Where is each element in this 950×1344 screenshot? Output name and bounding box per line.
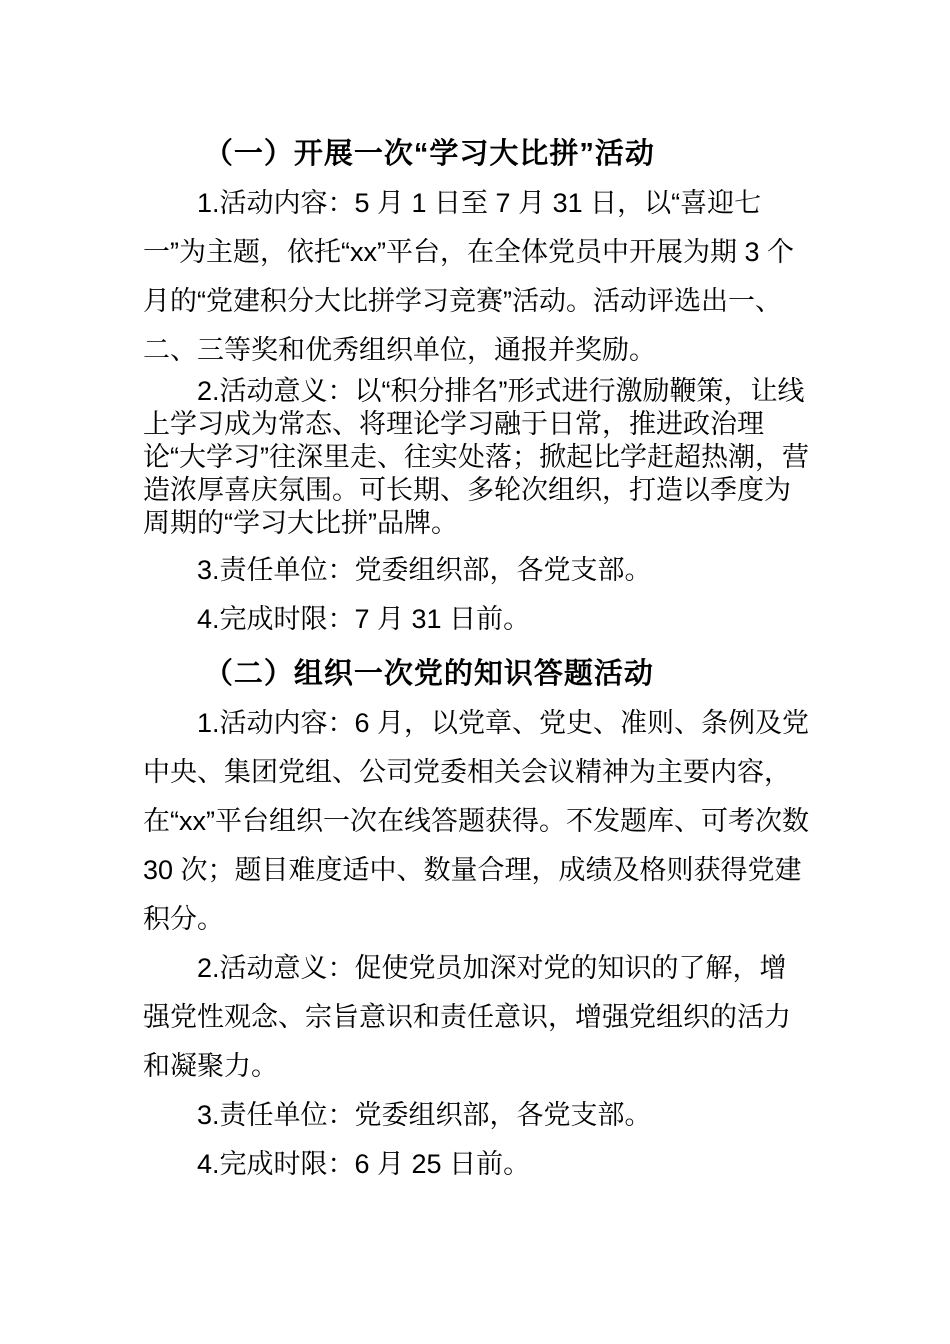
activity-1-meaning-paragraph: 2.活动意义：以“积分排名”形式进行激励鞭策，让线上学习成为常态、将理论学习融于… xyxy=(143,375,810,540)
document-page: （一）开展一次“学习大比拼”活动 1.活动内容：5 月 1 日至 7 月 31 … xyxy=(0,0,950,1344)
activity-2-content-paragraph: 1.活动内容：6 月，以党章、党史、准则、条例及党中央、集团党组、公司党委相关会… xyxy=(143,699,810,944)
activity-1-content-paragraph: 1.活动内容：5 月 1 日至 7 月 31 日，以“喜迎七一”为主题，依托“x… xyxy=(143,179,810,375)
activity-2-meaning-paragraph: 2.活动意义：促使党员加深对党的知识的了解，增强党性观念、宗旨意识和责任意识，增… xyxy=(143,944,810,1091)
activity-1-heading: （一）开展一次“学习大比拼”活动 xyxy=(143,130,810,179)
activity-2-deadline-paragraph: 4.完成时限：6 月 25 日前。 xyxy=(143,1140,810,1189)
activity-1-responsible-unit-paragraph: 3.责任单位：党委组织部，各党支部。 xyxy=(143,546,810,595)
activity-1-deadline-paragraph: 4.完成时限：7 月 31 日前。 xyxy=(143,595,810,644)
activity-2-heading: （二）组织一次党的知识答题活动 xyxy=(143,650,810,699)
activity-2-responsible-unit-paragraph: 3.责任单位：党委组织部，各党支部。 xyxy=(143,1091,810,1140)
